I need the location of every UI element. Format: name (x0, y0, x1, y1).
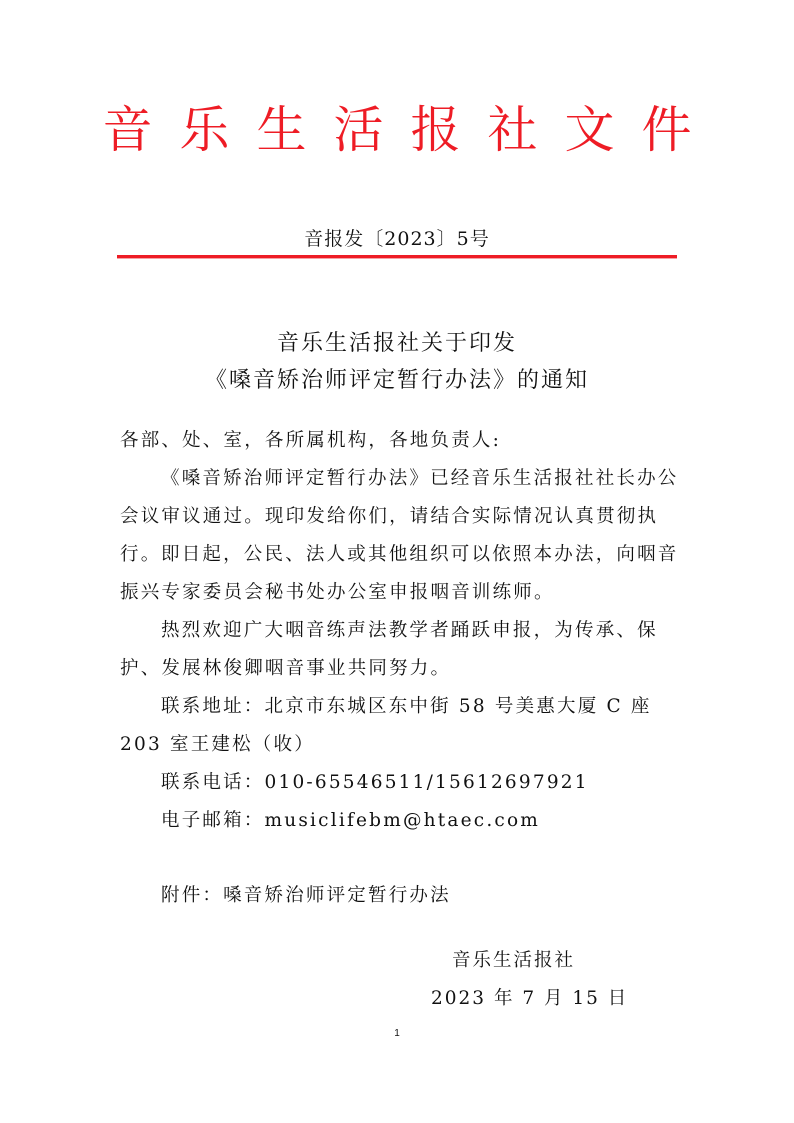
red-divider-rule-shadow (117, 258, 677, 259)
signing-organization: 音乐生活报社 (452, 948, 575, 974)
paragraph-application: 即日起，公民、法人或其他组织可以依照本办法，向咽音振兴专家委员会秘书处办公室申报… (120, 536, 680, 612)
contact-address: 联系地址：北京市东城区东中街 58 号美惠大厦 C 座 203 室王建松（收） (120, 688, 680, 764)
contact-phone: 联系电话：010-65546511/15612697921 (120, 764, 680, 802)
signing-date: 2023 年 7 月 15 日 (431, 986, 628, 1012)
paragraph-welcome: 热烈欢迎广大咽音练声法教学者踊跃申报，为传承、保护、发展林俊卿咽音事业共同努力。 (120, 612, 680, 688)
notice-title-line-2: 《嗓音矫治师评定暂行办法》的通知 (0, 366, 794, 396)
attachment-line: 附件：嗓音矫治师评定暂行办法 (120, 877, 680, 915)
contact-email: 电子邮箱：musiclifebm@htaec.com (120, 802, 680, 840)
notice-title-line-1: 音乐生活报社关于印发 (0, 329, 794, 359)
salutation: 各部、处、室，各所属机构，各地负责人: (120, 422, 680, 460)
page-number: 1 (0, 1028, 794, 1039)
masthead-title: 音乐生活报社文件 (0, 95, 794, 165)
document-number: 音报发〔2023〕5号 (0, 226, 794, 252)
